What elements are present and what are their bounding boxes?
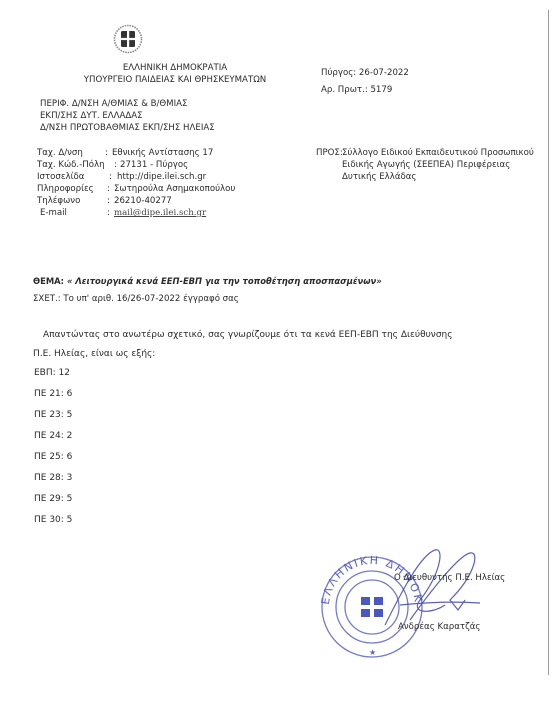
contact-value: Σωτηρούλα Ασημακοπούλου bbox=[114, 183, 235, 195]
signatory-name: Ανδρέας Καρατζάς bbox=[398, 621, 480, 633]
page-edge-rule bbox=[548, 10, 549, 675]
contact-sep: : bbox=[107, 195, 110, 207]
subject-label: ΘΕΜΑ: bbox=[33, 276, 64, 286]
contact-label: E-mail bbox=[40, 207, 67, 219]
contact-label: Τηλέφωνο bbox=[37, 195, 80, 207]
vacancy-item: ΠΕ 29: 5 bbox=[34, 493, 72, 505]
contact-sep: : bbox=[114, 159, 117, 171]
reference-line: ΣΧΕΤ.: Το υπ' αριθ. 16/26-07-2022 έγγραφ… bbox=[33, 293, 239, 305]
contact-sep: : bbox=[105, 147, 108, 159]
body-paragraph-line: Απαντώντας στο ανωτέρω σχετικό, σας γνωρ… bbox=[43, 329, 453, 342]
contact-sep: : bbox=[107, 183, 110, 195]
directorate-line: Δ/ΝΣΗ ΠΡΩΤΟΒΑΘΜΙΑΣ ΕΚΠ/ΣΗΣ ΗΛΕΙΑΣ bbox=[40, 122, 215, 134]
contact-sep: : bbox=[107, 207, 110, 219]
recipient-line: Ειδικής Αγωγής (ΣΕΕΠΕΑ) Περιφέρειας bbox=[342, 159, 510, 171]
ministry-name: ΥΠΟΥΡΓΕΙΟ ΠΑΙΔΕΙΑΣ ΚΑΙ ΘΡΗΣΚΕΥΜΑΤΩΝ bbox=[40, 74, 310, 86]
greek-coat-of-arms-icon bbox=[113, 24, 143, 54]
contact-label: Ταχ. Δ/νση bbox=[37, 147, 83, 159]
protocol-number: Αρ. Πρωτ.: 5179 bbox=[321, 84, 392, 96]
directorate-line: ΠΕΡΙΦ. Δ/ΝΣΗ Α/ΘΜΙΑΣ & Β/ΘΜΙΑΣ bbox=[40, 98, 187, 110]
vacancy-item: ΠΕ 25: 6 bbox=[34, 451, 72, 463]
country-name: ΕΛΛΗΝΙΚΗ ΔΗΜΟΚΡΑΤΙΑ bbox=[60, 62, 290, 74]
vacancy-item: ΠΕ 30: 5 bbox=[34, 514, 72, 526]
contact-value: Εθνικής Αντίστασης 17 bbox=[112, 147, 213, 159]
recipient-line: Δυτικής Ελλάδας bbox=[342, 171, 416, 183]
vacancy-item: ΠΕ 21: 6 bbox=[34, 388, 72, 400]
email-link[interactable]: mail@dipe.ilei.sch.gr bbox=[114, 207, 206, 219]
contact-label: Ταχ. Κώδ.-Πόλη bbox=[37, 159, 105, 171]
contact-sep: : bbox=[109, 171, 112, 183]
subject-line: ΘΕΜΑ: « Λειτουργικά κενά ΕΕΠ-ΕΒΠ για την… bbox=[33, 275, 382, 287]
vacancy-item: ΠΕ 24: 2 bbox=[34, 430, 72, 442]
vacancy-item: ΕΒΠ: 12 bbox=[34, 367, 70, 379]
recipient-line: Σύλλογο Ειδικού Εκπαιδευτικού Προσωπικού bbox=[342, 147, 534, 159]
contact-value: 26210-40277 bbox=[114, 195, 172, 207]
contact-value: 27131 - Πύργος bbox=[120, 159, 188, 171]
vacancy-item: ΠΕ 23: 5 bbox=[34, 409, 72, 421]
vacancy-item: ΠΕ 28: 3 bbox=[34, 472, 72, 484]
signatory-title: Ο Διευθυντής Π.Ε. Ηλείας bbox=[394, 572, 505, 584]
contact-label: Πληροφορίες bbox=[37, 183, 94, 195]
recipient-label: ΠΡΟΣ: bbox=[316, 147, 343, 159]
directorate-line: ΕΚΠ/ΣΗΣ ΔΥΤ. ΕΛΛΑΔΑΣ bbox=[40, 110, 143, 122]
body-paragraph-line: Π.Ε. Ηλείας, είναι ως εξής: bbox=[33, 348, 155, 361]
website-link[interactable]: http://dipe.ilei.sch.gr bbox=[117, 171, 206, 183]
place-date: Πύργος: 26-07-2022 bbox=[321, 67, 409, 79]
contact-label: Ιστοσελίδα bbox=[37, 171, 84, 183]
svg-text:★: ★ bbox=[369, 648, 376, 657]
subject-text: « Λειτουργικά κενά ΕΕΠ-ΕΒΠ για την τοποθ… bbox=[67, 276, 382, 286]
